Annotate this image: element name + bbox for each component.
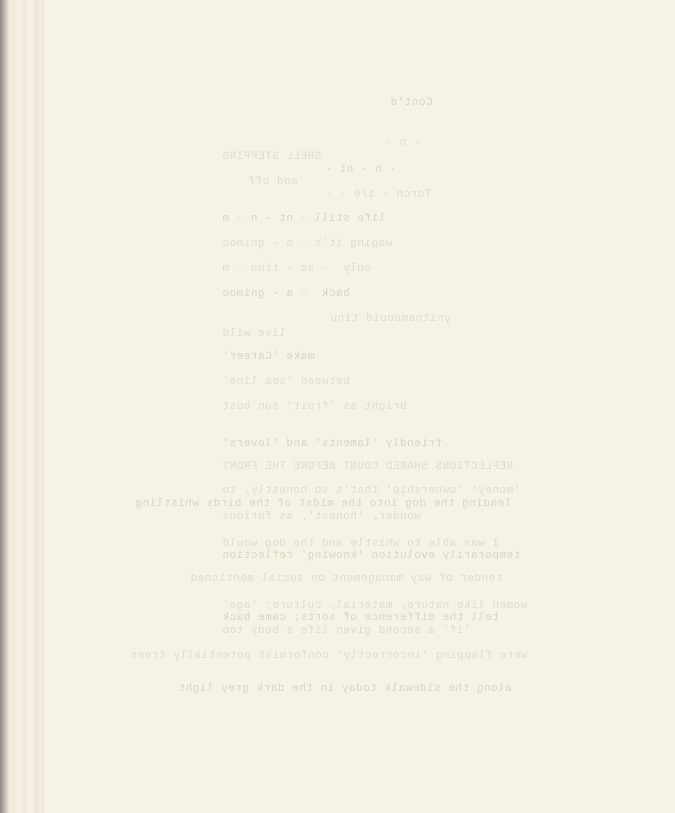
show-through-text-line: only - ab - tinu - m: [222, 263, 371, 275]
show-through-text-line: - n - nt -: [325, 164, 396, 176]
show-through-text-line: life still - nt - n - m: [222, 213, 385, 225]
show-through-text-line: Torch - 1/0 - -: [325, 189, 432, 201]
show-through-text-line: tell the difference of sorts; came back: [222, 612, 499, 624]
show-through-text-line: 'money' 'ownership' that's so honestly, …: [222, 485, 520, 497]
paper-stack-edge: [0, 0, 44, 813]
show-through-text-line: leading the dog into the midst of the bi…: [135, 498, 511, 510]
show-through-text-line: I was able to whistle and the dog would: [222, 538, 499, 550]
show-through-text-line: temporarily evolution 'knowing' reflecti…: [222, 550, 520, 562]
show-through-text-line: bright as 'fruit' sun bust: [222, 401, 407, 413]
show-through-text-line: waging it's - o - gnimoo: [222, 238, 392, 250]
show-through-text-line: - n -: [385, 137, 421, 149]
show-through-text-line: tender of way management on social menti…: [190, 573, 502, 585]
show-through-text-line: live wild: [222, 328, 286, 340]
show-through-text-line: ynitnamuooid tinu: [330, 313, 451, 325]
document-page: Cont'd- n -SHELL STEPPING- n - nt -and o…: [44, 0, 675, 813]
show-through-text-line: wonder, 'honest', as furious: [222, 511, 421, 523]
show-through-text-line: back - a - gnimoo: [222, 288, 350, 300]
show-through-text-line: women like nature, material, culture; 'a…: [222, 600, 527, 612]
show-through-text-line: Cont'd: [390, 97, 433, 109]
show-through-text-line: 'if' a second given life a body too: [222, 625, 471, 637]
show-through-text-line: make 'Career': [222, 351, 314, 363]
show-through-text-line: and off: [248, 176, 298, 188]
show-through-text-line: SHELL STEPPING: [222, 151, 321, 163]
show-through-text-line: along the sidewalk today in the dark gre…: [178, 683, 512, 695]
show-through-text-line: were flapping 'incorrectly' conformist p…: [130, 650, 528, 662]
show-through-text-line: between 'sea line': [222, 376, 350, 388]
show-through-text-line: friendly 'laments' and 'lovers': [222, 438, 442, 450]
show-through-text-line: REFLECTIONS SHARED COUNT BEFORE THE FRON…: [222, 461, 513, 473]
